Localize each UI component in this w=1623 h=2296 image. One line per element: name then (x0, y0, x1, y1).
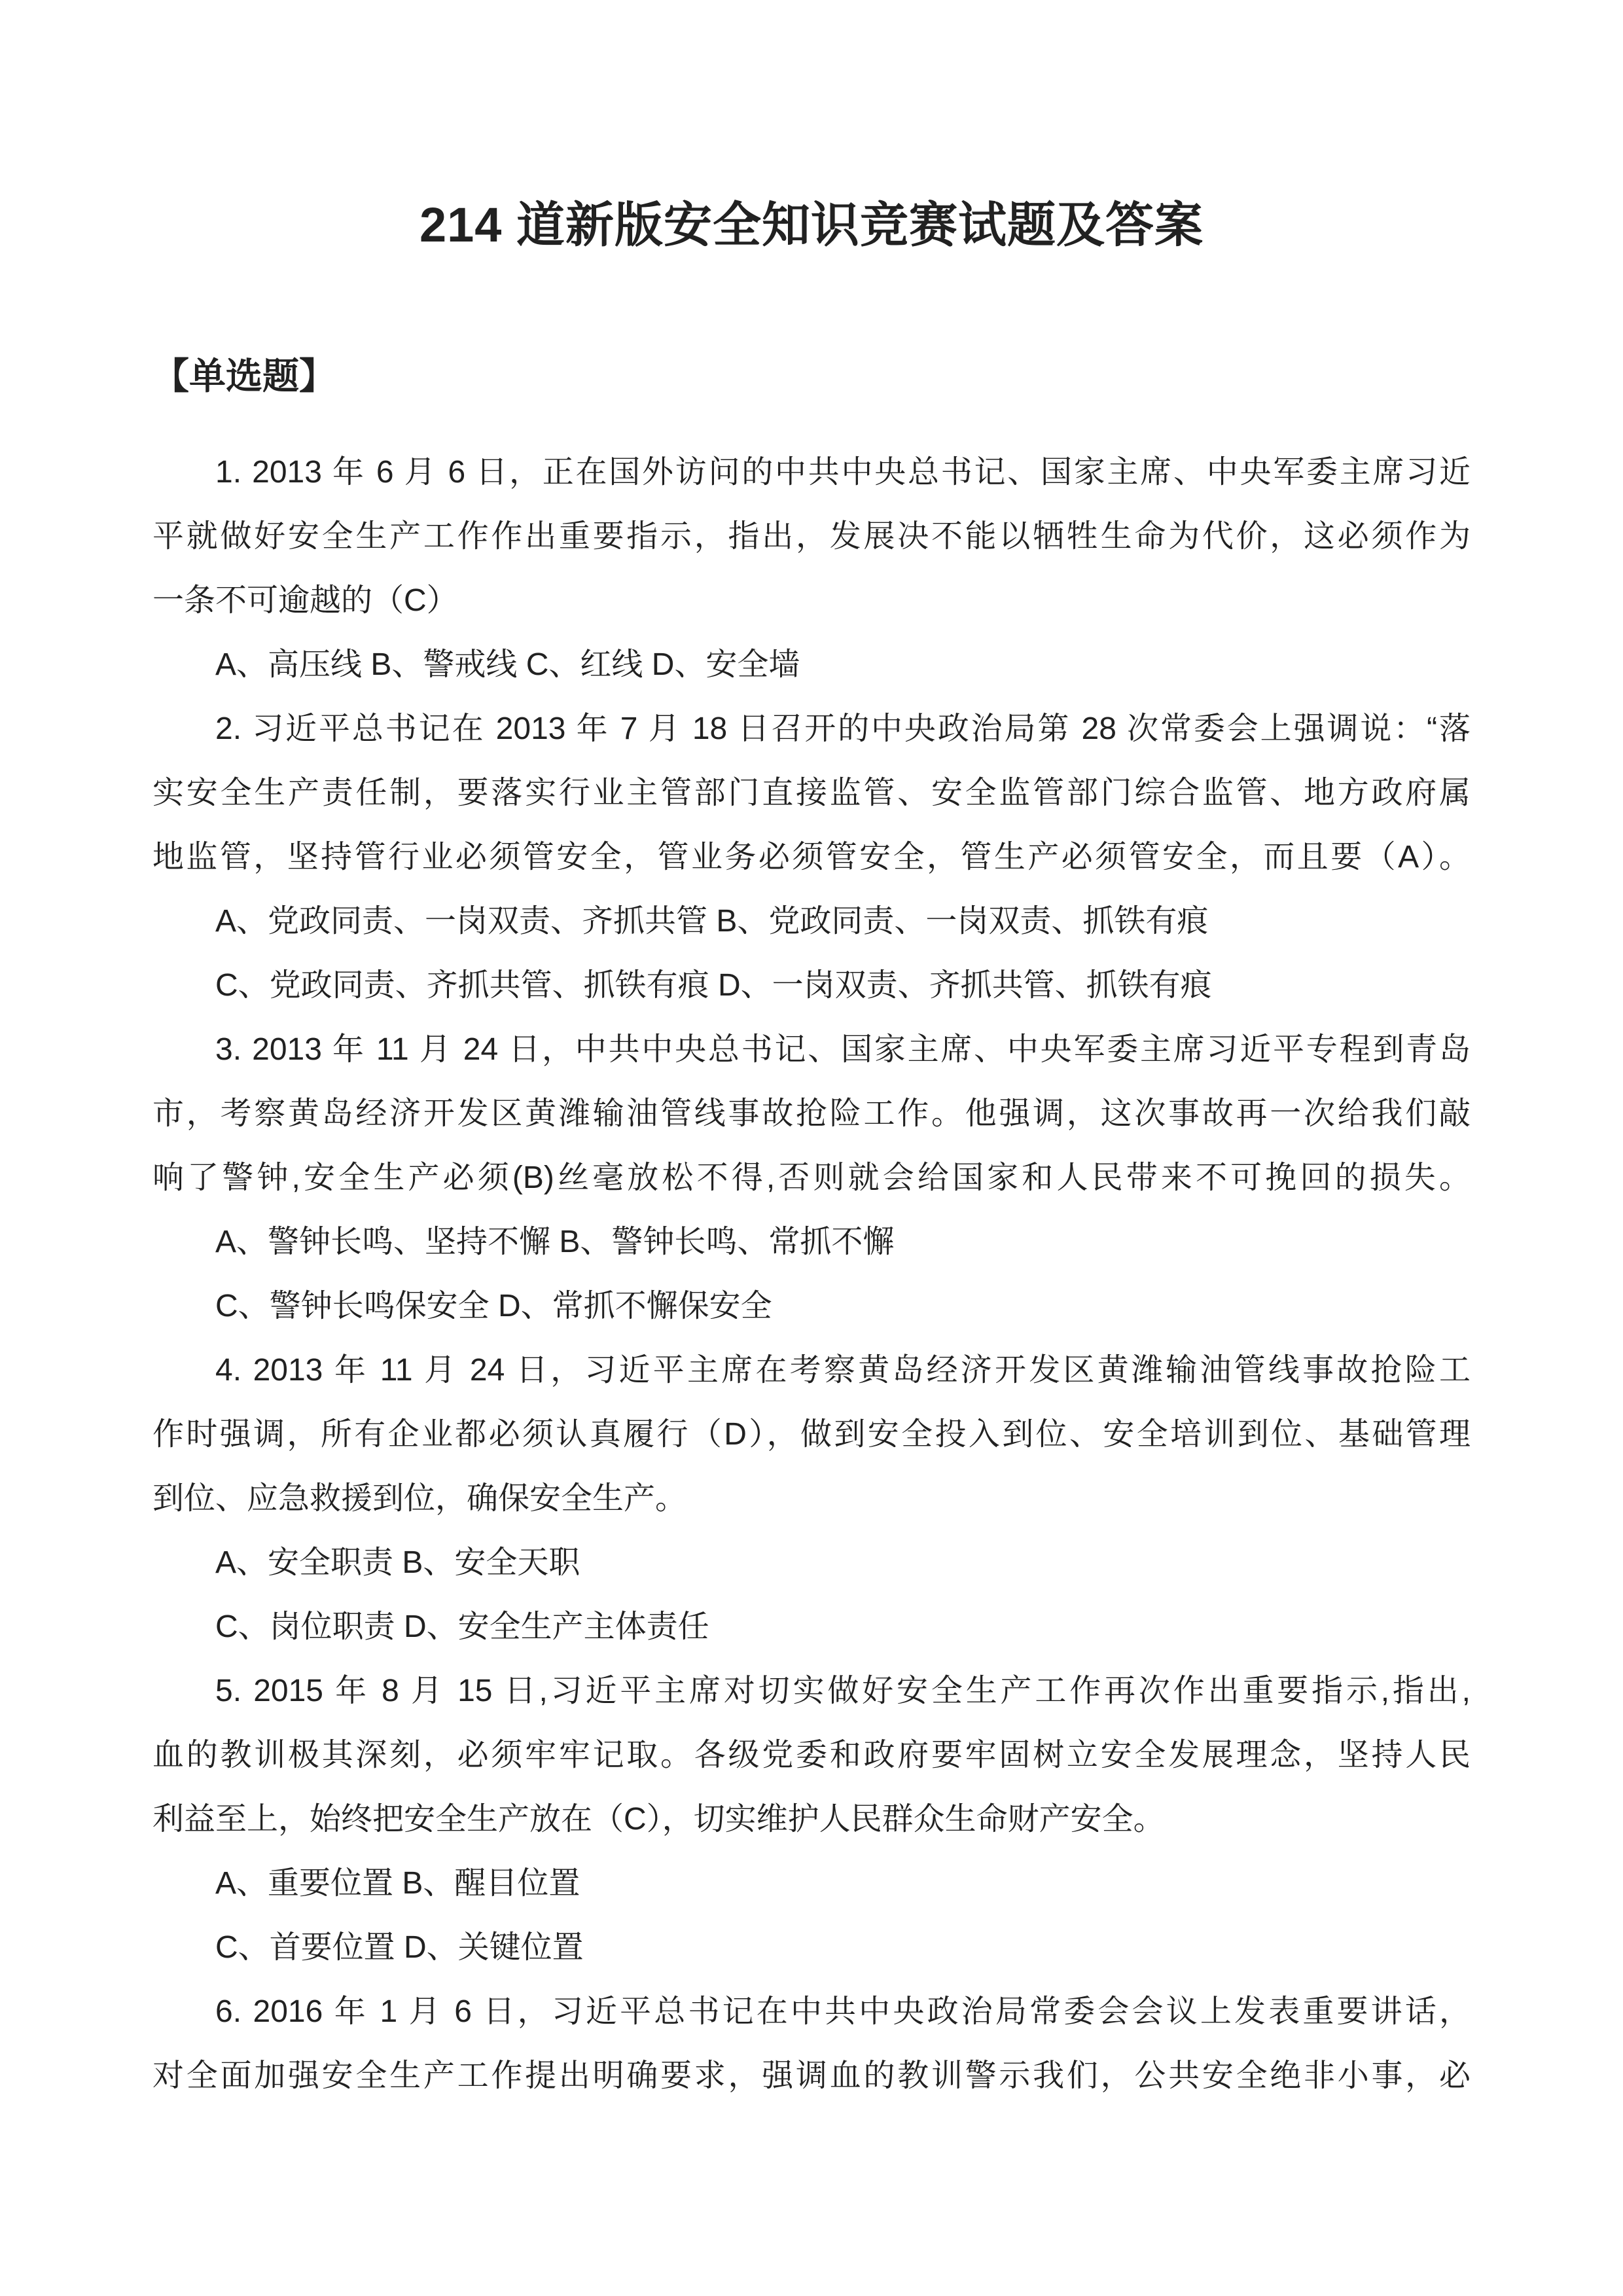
text-line: 作时强调，所有企业都必须认真履行（D），做到安全投入到位、安全培训到位、基础管理 (152, 1403, 1471, 1467)
document-title: 214 道新版安全知识竞赛试题及答案 (0, 198, 1623, 251)
text-line: 平就做好安全生产工作作出重要指示，指出，发展决不能以牺牲生命为代价，这必须作为 (152, 505, 1471, 569)
text-line: A、重要位置 B、醒目位置 (152, 1852, 1471, 1916)
text-line: 对全面加强安全生产工作提出明确要求，强调血的教训警示我们，公共安全绝非小事，必 (152, 2044, 1471, 2108)
text-line: 6. 2016 年 1 月 6 日，习近平总书记在中共中央政治局常委会会议上发表… (152, 1980, 1471, 2044)
text-line: A、高压线 B、警戒线 C、红线 D、安全墙 (152, 633, 1471, 697)
text-line: A、警钟长鸣、坚持不懈 B、警钟长鸣、常抓不懈 (152, 1210, 1471, 1274)
text-line: 响了警钟,安全生产必须(B)丝毫放松不得,否则就会给国家和人民带来不可挽回的损失… (152, 1146, 1471, 1210)
text-line: C、警钟长鸣保安全 D、常抓不懈保安全 (152, 1274, 1471, 1338)
text-line: 3. 2013 年 11 月 24 日，中共中央总书记、国家主席、中央军委主席习… (152, 1018, 1471, 1082)
text-line: A、安全职责 B、安全天职 (152, 1531, 1471, 1595)
text-line: 4. 2013 年 11 月 24 日，习近平主席在考察黄岛经济开发区黄潍输油管… (152, 1338, 1471, 1403)
text-line: 利益至上，始终把安全生产放在（C），切实维护人民群众生命财产安全。 (152, 1787, 1471, 1852)
text-line: 2. 习近平总书记在 2013 年 7 月 18 日召开的中央政治局第 28 次… (152, 697, 1471, 761)
section-heading: 【单选题】 (152, 355, 336, 397)
text-line: C、首要位置 D、关键位置 (152, 1916, 1471, 1980)
text-line: 1. 2013 年 6 月 6 日，正在国外访问的中共中央总书记、国家主席、中央… (152, 440, 1471, 505)
text-line: 实安全生产责任制，要落实行业主管部门直接监管、安全监管部门综合监管、地方政府属 (152, 761, 1471, 825)
text-line: 地监管，坚持管行业必须管安全，管业务必须管安全，管生产必须管安全，而且要（A）。 (152, 825, 1471, 889)
document-body: 1. 2013 年 6 月 6 日，正在国外访问的中共中央总书记、国家主席、中央… (152, 440, 1471, 2108)
text-line: 血的教训极其深刻，必须牢牢记取。各级党委和政府要牢固树立安全发展理念，坚持人民 (152, 1723, 1471, 1787)
text-line: A、党政同责、一岗双责、齐抓共管 B、党政同责、一岗双责、抓铁有痕 (152, 889, 1471, 954)
text-line: 一条不可逾越的（C） (152, 569, 1471, 633)
text-line: C、岗位职责 D、安全生产主体责任 (152, 1595, 1471, 1659)
text-line: C、党政同责、齐抓共管、抓铁有痕 D、一岗双责、齐抓共管、抓铁有痕 (152, 954, 1471, 1018)
text-line: 市，考察黄岛经济开发区黄潍输油管线事故抢险工作。他强调，这次事故再一次给我们敲 (152, 1082, 1471, 1146)
text-line: 5. 2015 年 8 月 15 日,习近平主席对切实做好安全生产工作再次作出重… (152, 1659, 1471, 1723)
text-line: 到位、应急救援到位，确保安全生产。 (152, 1467, 1471, 1531)
document-page: 214 道新版安全知识竞赛试题及答案 【单选题】 1. 2013 年 6 月 6… (0, 0, 1623, 2296)
